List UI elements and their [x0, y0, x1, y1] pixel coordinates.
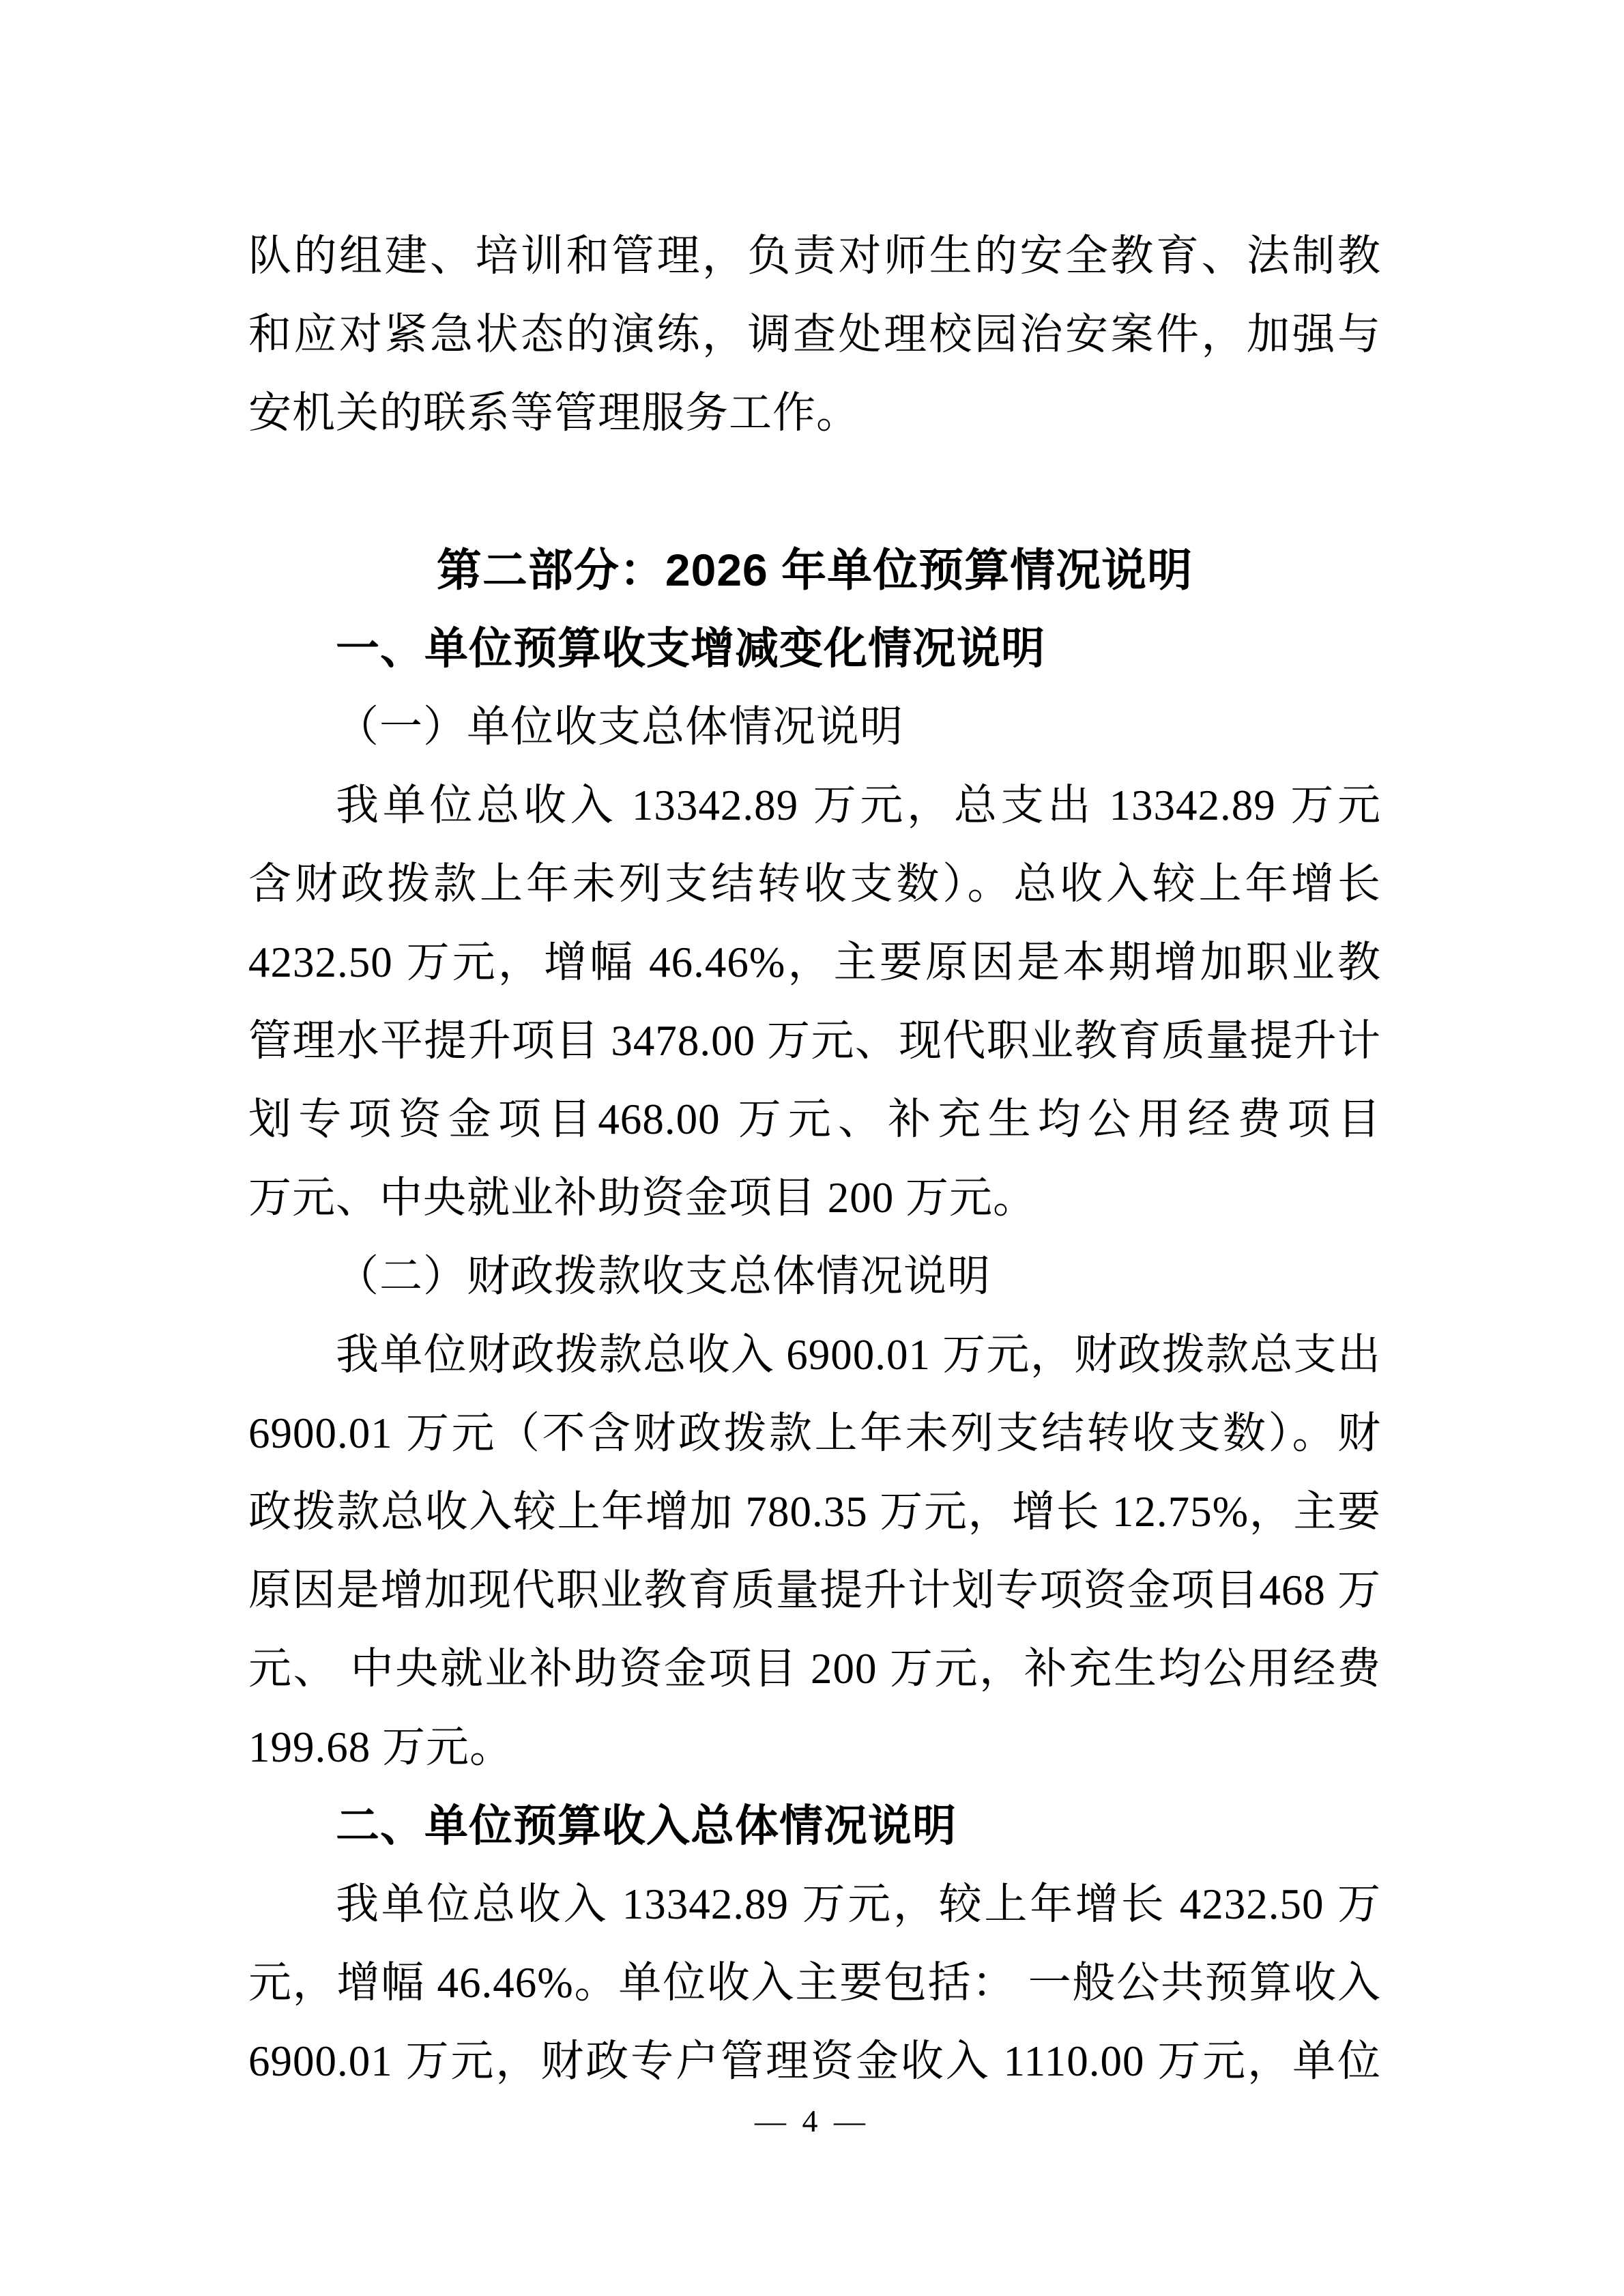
part-heading: 第二部分：2026 年单位预算情况说明: [248, 531, 1381, 609]
paragraph-line: 4232.50 万元，增幅 46.46%，主要原因是本期增加职业教育: [248, 923, 1381, 1002]
page-number: — 4 —: [0, 2101, 1624, 2142]
paragraph-line: 6900.01 万元，财政专户管理资金收入 1110.00 万元，单位: [248, 2022, 1381, 2101]
paragraph-line: 我单位财政拨款总收入 6900.01 万元，财政拨款总支出: [248, 1316, 1381, 1394]
paragraph-line: 元、 中央就业补助资金项目 200 万元，补充生均公用经费: [248, 1630, 1381, 1708]
section-heading-2: 二、单位预算收入总体情况说明: [248, 1787, 1381, 1865]
paragraph-line: 我单位总收入 13342.89 万元，较上年增长 4232.50 万: [248, 1865, 1381, 1944]
paragraph-line: 6900.01 万元（不含财政拨款上年未列支结转收支数）。财: [248, 1394, 1381, 1473]
paragraph-line: 含财政拨款上年未列支结转收支数）。总收入较上年增长: [248, 845, 1381, 923]
subsection-heading-1: （一）单位收支总体情况说明: [248, 688, 1381, 766]
paragraph-line: 原因是增加现代职业教育质量提升计划专项资金项目468 万: [248, 1551, 1381, 1630]
section-heading-1: 一、单位预算收支增减变化情况说明: [248, 609, 1381, 688]
paragraph-line: 我单位总收入 13342.89 万元，总支出 13342.89 万元（不: [248, 766, 1381, 845]
paragraph-line: 和应对紧急状态的演练，调查处理校园治安案件，加强与公: [248, 296, 1381, 374]
page-body: 队的组建、培训和管理，负责对师生的安全教育、法制教育 和应对紧急状态的演练，调查…: [248, 217, 1381, 2101]
paragraph-line: 政拨款总收入较上年增加 780.35 万元，增长 12.75%，主要: [248, 1473, 1381, 1551]
paragraph-line: 划专项资金项目468.00 万元、补充生均公用经费项目 199.68: [248, 1080, 1381, 1159]
paragraph-line: 万元、中央就业补助资金项目 200 万元。: [248, 1159, 1381, 1237]
paragraph-line: 元，增幅 46.46%。单位收入主要包括： 一般公共预算收入: [248, 1944, 1381, 2022]
paragraph-line: 队的组建、培训和管理，负责对师生的安全教育、法制教育: [248, 217, 1381, 296]
paragraph-line: 199.68 万元。: [248, 1708, 1381, 1787]
document-page: 队的组建、培训和管理，负责对师生的安全教育、法制教育 和应对紧急状态的演练，调查…: [0, 0, 1624, 2296]
blank-line: [248, 453, 1381, 531]
paragraph-line: 管理水平提升项目 3478.00 万元、现代职业教育质量提升计: [248, 1002, 1381, 1080]
paragraph-line: 安机关的联系等管理服务工作。: [248, 374, 1381, 453]
subsection-heading-2: （二）财政拨款收支总体情况说明: [248, 1237, 1381, 1316]
